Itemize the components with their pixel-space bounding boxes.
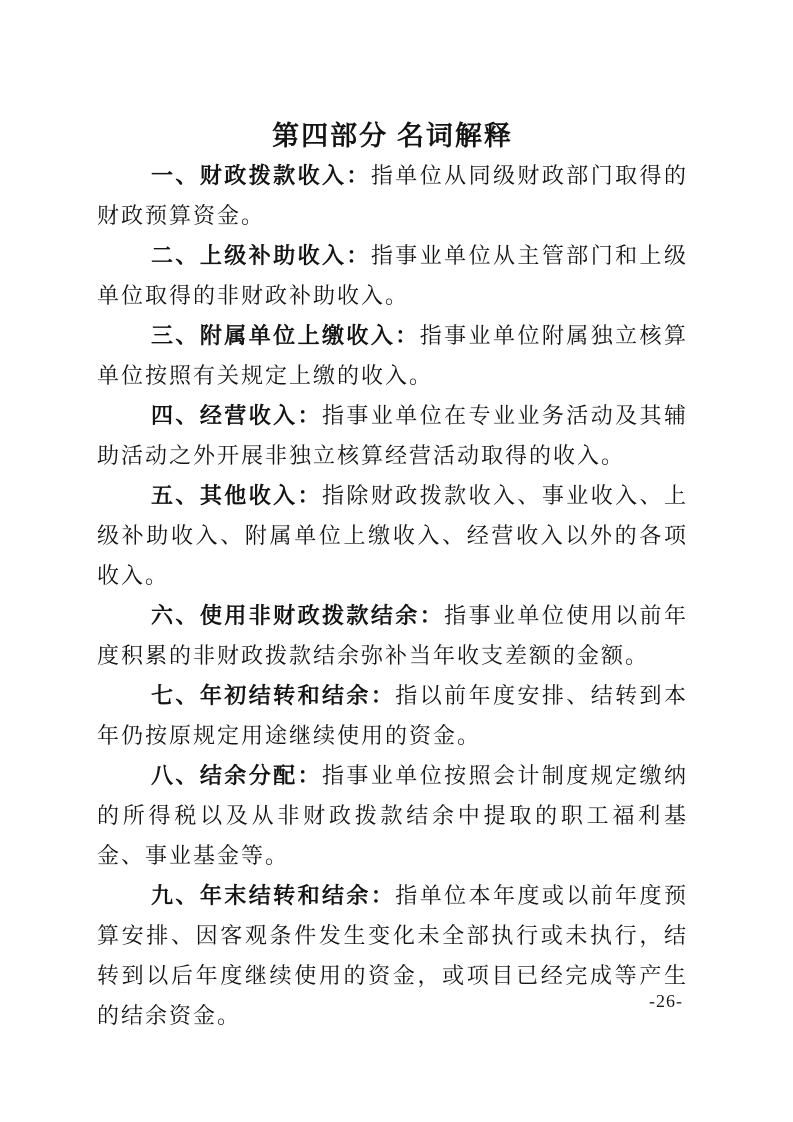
term-paragraph: 七、年初结转和结余：指以前年度安排、结转到本年仍按原规定用途继续使用的资金。 xyxy=(97,676,688,756)
term-label: 四、经营收入： xyxy=(151,403,322,428)
term-paragraph: 八、结余分配：指事业单位按照会计制度规定缴纳的所得税以及从非财政拨款结余中提取的… xyxy=(97,756,688,876)
document-page: 第四部分 名词解释 一、财政拨款收入：指单位从同级财政部门取得的财政预算资金。 … xyxy=(0,0,793,1122)
term-label: 八、结余分配： xyxy=(151,763,322,788)
term-label: 一、财政拨款收入： xyxy=(151,163,371,188)
term-paragraph: 六、使用非财政拨款结余：指事业单位使用以前年度积累的非财政拨款结余弥补当年收支差… xyxy=(97,596,688,676)
term-label: 七、年初结转和结余： xyxy=(151,683,395,708)
term-paragraph: 九、年末结转和结余：指单位本年度或以前年度预算安排、因客观条件发生变化未全部执行… xyxy=(97,876,688,1036)
term-paragraph: 五、其他收入：指除财政拨款收入、事业收入、上级补助收入、附属单位上缴收入、经营收… xyxy=(97,476,688,596)
term-label: 五、其他收入： xyxy=(151,483,322,508)
term-paragraph: 二、上级补助收入：指事业单位从主管部门和上级单位取得的非财政补助收入。 xyxy=(97,236,688,316)
term-label: 二、上级补助收入： xyxy=(151,243,371,268)
page-content: 第四部分 名词解释 一、财政拨款收入：指单位从同级财政部门取得的财政预算资金。 … xyxy=(0,0,793,1036)
term-label: 九、年末结转和结余： xyxy=(151,883,395,908)
term-paragraph: 三、附属单位上缴收入：指事业单位附属独立核算单位按照有关规定上缴的收入。 xyxy=(97,316,688,396)
term-label: 三、附属单位上缴收入： xyxy=(151,323,420,348)
term-paragraph: 一、财政拨款收入：指单位从同级财政部门取得的财政预算资金。 xyxy=(97,156,688,236)
page-title: 第四部分 名词解释 xyxy=(97,116,688,156)
page-number: -26- xyxy=(0,991,793,1012)
term-paragraph: 四、经营收入：指事业单位在专业业务活动及其辅助活动之外开展非独立核算经营活动取得… xyxy=(97,396,688,476)
term-label: 六、使用非财政拨款结余： xyxy=(151,603,444,628)
